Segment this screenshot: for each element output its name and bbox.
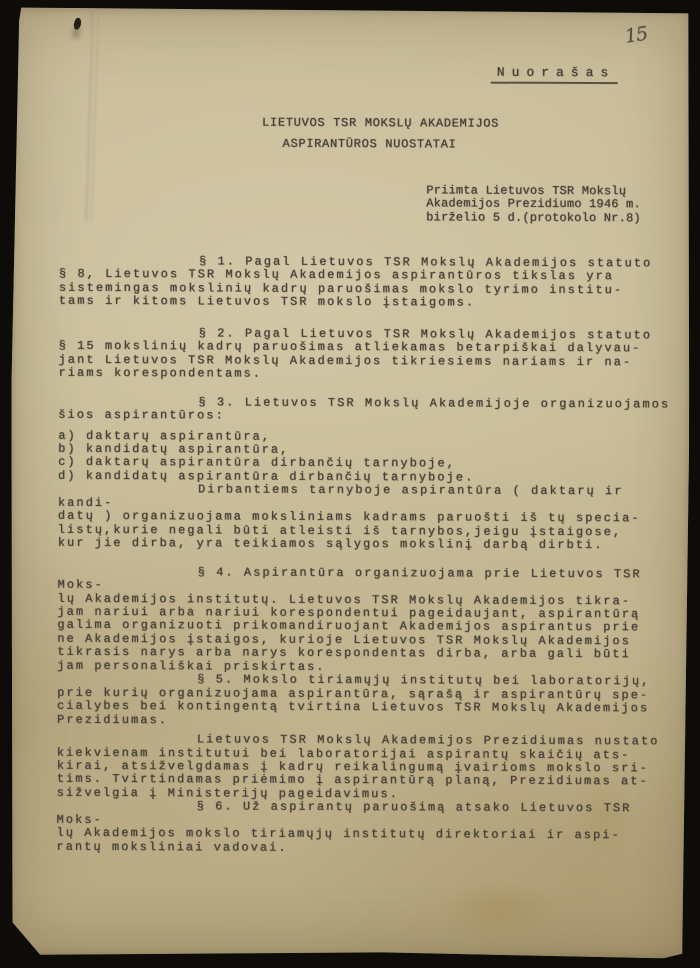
paragraph-3-note: Dirbantiems tarnyboje aspirantūra ( dakt… [58, 483, 683, 553]
document-body: § 1. Pagal Lietuvos TSR Mokslų Akademijo… [56, 255, 684, 857]
handwritten-page-number: 15 [623, 23, 648, 48]
copy-label: Nuorašas [491, 65, 619, 85]
paper-crease [85, 12, 99, 222]
paragraph-4: § 4. Aspirantūra organizuojama prie Liet… [57, 565, 682, 675]
paragraph-6: § 6. Už aspirantų paruošimą atsako Lietu… [56, 800, 681, 857]
paragraph-3-intro: § 3. Lietuvos TSR Mokslų Akademijoje org… [58, 395, 683, 425]
document-page: 15 Nuorašas LIETUVOS TSR MOKSLŲ AKADEMIJ… [9, 8, 691, 959]
paper-stain [439, 879, 559, 940]
paragraph-3-list: a) daktarų aspirantūra, b) kandidatų asp… [58, 429, 683, 486]
staple-mark [73, 17, 83, 30]
document-title-line2: ASPIRANTŪROS NUOSTATAI [283, 137, 457, 152]
paragraph-5-note: Lietuvos TSR Mokslų Akademijos Prezidium… [57, 733, 682, 803]
document-title-line1: LIETUVOS TSR MOKSLŲ AKADEMIJOS [262, 116, 499, 131]
paragraph-2: § 2. Pagal Lietuvos TSR Mokslų Akademijo… [58, 327, 683, 384]
paragraph-1: § 1. Pagal Lietuvos TSR Mokslų Akademijo… [59, 255, 684, 312]
adoption-note: Priimta Lietuvos TSR Mokslų Akademijos P… [426, 184, 641, 225]
scan-background: 15 Nuorašas LIETUVOS TSR MOKSLŲ AKADEMIJ… [0, 0, 700, 968]
paragraph-5: § 5. Mokslo tiriamųjų institutų bei labo… [57, 673, 682, 730]
